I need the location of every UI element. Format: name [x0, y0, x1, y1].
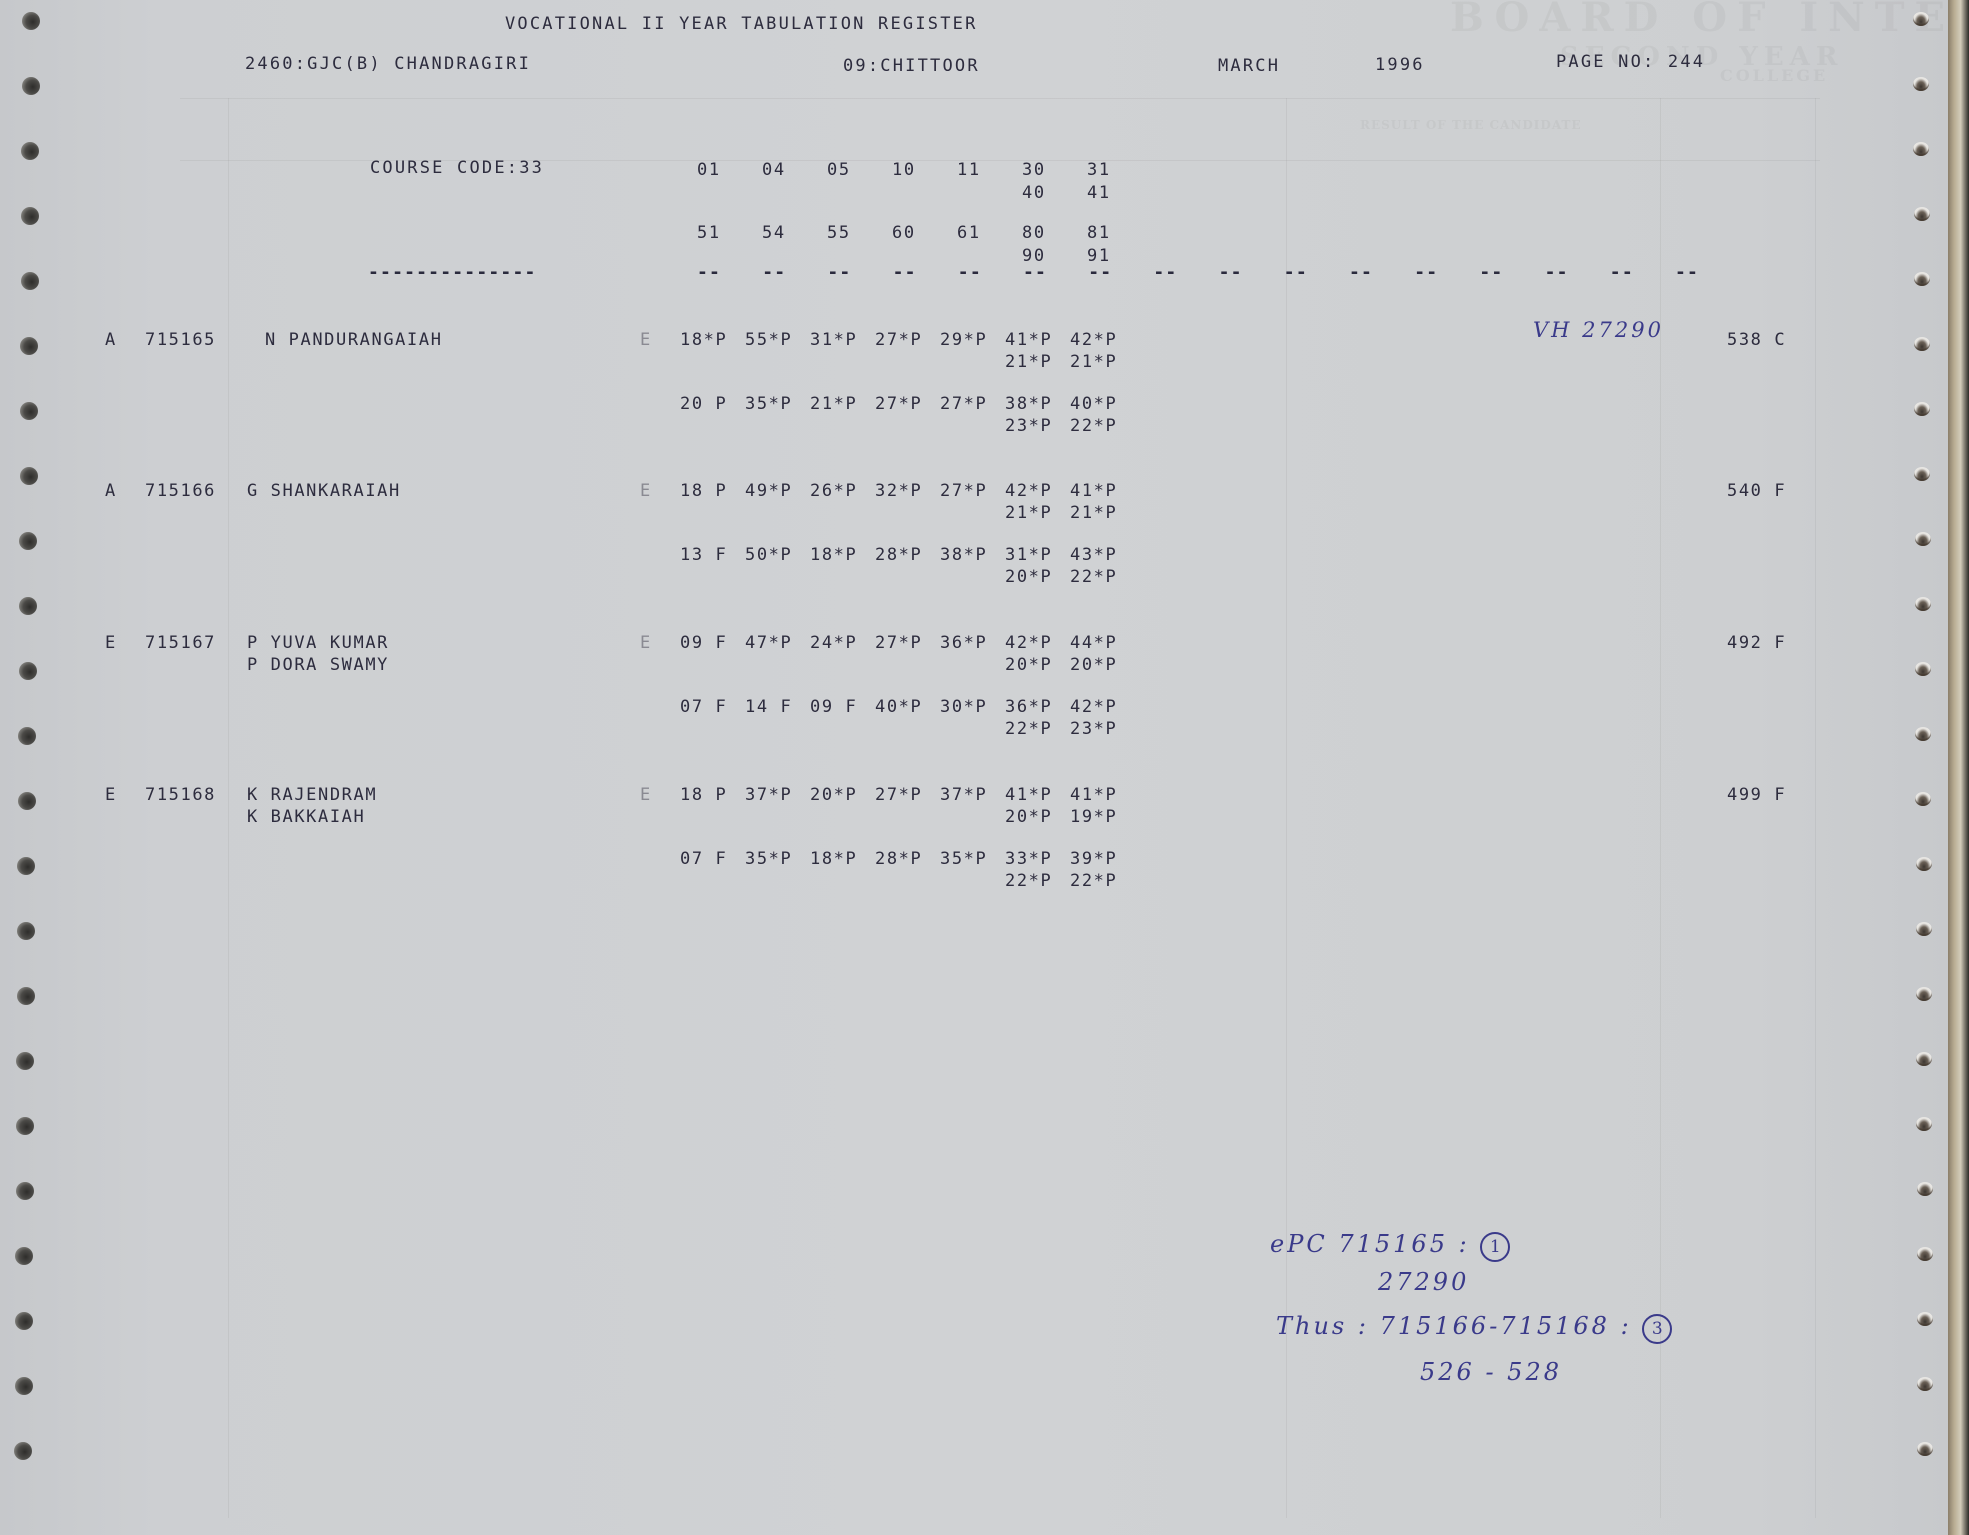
- subject-mark: 07 F: [680, 849, 727, 869]
- subject-mark: 21*P: [810, 394, 857, 414]
- preprint-rule: [1815, 98, 1816, 1518]
- candidate-category: A: [105, 481, 117, 501]
- subject-mark: 09 F: [810, 697, 857, 717]
- preprint-col-label: RESULT OF THE CANDIDATE: [1360, 118, 1582, 132]
- subject-code: 31: [1087, 160, 1111, 180]
- subject-code: 55: [827, 223, 851, 243]
- column-dash: --: [1479, 262, 1503, 283]
- note-text: ePC 715165: [1270, 1230, 1448, 1258]
- subject-code: 11: [957, 160, 981, 180]
- guardian-name: P DORA SWAMY: [247, 655, 389, 675]
- subject-mark: 42*P: [1005, 481, 1052, 501]
- subject-mark: 23*P: [1005, 416, 1052, 436]
- subject-mark: 21*P: [1070, 352, 1117, 372]
- preprint-heading: BOARD OF INTERMEDIATE: [1450, 0, 1969, 41]
- subject-code: 81: [1087, 223, 1111, 243]
- total-and-result: 540 F: [1727, 481, 1786, 501]
- subject-mark: 35*P: [940, 849, 987, 869]
- feed-hole-right: [1916, 922, 1932, 936]
- feed-hole-right: [1917, 1247, 1933, 1261]
- column-dash: --: [1153, 262, 1177, 283]
- preprint-rule: [180, 98, 1820, 99]
- subject-mark: 18*P: [810, 545, 857, 565]
- subject-mark: 26*P: [810, 481, 857, 501]
- subject-code: 05: [827, 160, 851, 180]
- subject-mark: 27*P: [875, 785, 922, 805]
- note-text: Thus : 715166-715168: [1276, 1312, 1610, 1340]
- subject-mark: 22*P: [1070, 567, 1117, 587]
- exam-year: 1996: [1375, 55, 1425, 75]
- feed-hole-right: [1914, 272, 1930, 286]
- preprint-rule: [228, 98, 229, 1518]
- subject-mark: 21*P: [1070, 503, 1117, 523]
- feed-hole-right: [1915, 532, 1931, 546]
- column-dash: --: [1610, 262, 1634, 283]
- subject-mark: 14 F: [745, 697, 792, 717]
- subject-mark: 35*P: [745, 849, 792, 869]
- subject-mark: 20*P: [1005, 807, 1052, 827]
- note-line-3: Thus : 715166-715168 : 3: [1276, 1312, 1672, 1344]
- column-dash: --: [827, 262, 851, 283]
- feed-hole-left: [15, 1312, 33, 1330]
- subject-mark: 13 F: [680, 545, 727, 565]
- page-number: PAGE NO: 244: [1556, 52, 1705, 72]
- subject-mark: 36*P: [940, 633, 987, 653]
- note-line-1: ePC 715165 : 1: [1270, 1230, 1510, 1262]
- hall-ticket-number: 715167: [145, 633, 216, 653]
- candidate-name: N PANDURANGAIAH: [265, 330, 443, 350]
- subject-mark: 09 F: [680, 633, 727, 653]
- feed-hole-left: [20, 467, 38, 485]
- subject-code: 51: [697, 223, 721, 243]
- feed-hole-left: [21, 207, 39, 225]
- subject-mark: 18*P: [680, 330, 727, 350]
- subject-mark: 47*P: [745, 633, 792, 653]
- subject-code: 41: [1087, 183, 1111, 203]
- feed-hole-left: [17, 987, 35, 1005]
- subject-code: 40: [1022, 183, 1046, 203]
- subject-mark: 22*P: [1070, 871, 1117, 891]
- subject-mark: 36*P: [1005, 697, 1052, 717]
- column-dash: --: [1284, 262, 1308, 283]
- subject-mark: 27*P: [940, 394, 987, 414]
- subject-mark: 22*P: [1070, 416, 1117, 436]
- column-dash: --: [1675, 262, 1699, 283]
- note-line-2: 27290: [1378, 1268, 1469, 1296]
- candidate-name: P YUVA KUMAR: [247, 633, 389, 653]
- subject-mark: 30*P: [940, 697, 987, 717]
- subject-mark: 41*P: [1005, 330, 1052, 350]
- subject-code: 54: [762, 223, 786, 243]
- subject-mark: 23*P: [1070, 719, 1117, 739]
- candidate-category: E: [105, 785, 117, 805]
- total-and-result: 492 F: [1727, 633, 1786, 653]
- subject-mark: 18 P: [680, 785, 727, 805]
- subject-mark: 50*P: [745, 545, 792, 565]
- subject-code: 04: [762, 160, 786, 180]
- subject-mark: 31*P: [810, 330, 857, 350]
- subject-code: 10: [892, 160, 916, 180]
- subject-mark: 22*P: [1005, 719, 1052, 739]
- feed-hole-right: [1917, 1182, 1933, 1196]
- column-dash: --: [958, 262, 982, 283]
- subject-mark: 19*P: [1070, 807, 1117, 827]
- note-count-circle: 1: [1480, 1232, 1510, 1262]
- paper-edge: [1948, 0, 1969, 1535]
- feed-hole-right: [1916, 987, 1932, 1001]
- candidate-category: A: [105, 330, 117, 350]
- hall-ticket-number: 715166: [145, 481, 216, 501]
- feed-hole-right: [1914, 207, 1930, 221]
- subject-mark: 24*P: [810, 633, 857, 653]
- subject-mark: 37*P: [940, 785, 987, 805]
- exam-flag: E: [640, 481, 652, 501]
- subject-mark: 42*P: [1005, 633, 1052, 653]
- register-title: VOCATIONAL II YEAR TABULATION REGISTER: [505, 14, 978, 34]
- district-name: 09:CHITTOOR: [843, 56, 980, 76]
- subject-mark: 41*P: [1005, 785, 1052, 805]
- subject-mark: 28*P: [875, 545, 922, 565]
- feed-hole-right: [1917, 1312, 1933, 1326]
- subject-code: 01: [697, 160, 721, 180]
- total-and-result: 499 F: [1727, 785, 1786, 805]
- tabulation-sheet: BOARD OF INTERMEDIATE SECOND YEAR COLLEG…: [0, 0, 1948, 1535]
- subject-mark: 35*P: [745, 394, 792, 414]
- subject-mark: 33*P: [1005, 849, 1052, 869]
- college-name: 2460:GJC(B) CHANDRAGIRI: [245, 54, 531, 74]
- subject-mark: 20*P: [1070, 655, 1117, 675]
- subject-code: 30: [1022, 160, 1046, 180]
- exam-month: MARCH: [1218, 56, 1280, 76]
- feed-hole-left: [19, 597, 37, 615]
- column-dash: --: [893, 262, 917, 283]
- subject-mark: 27*P: [875, 633, 922, 653]
- subject-mark: 41*P: [1070, 785, 1117, 805]
- exam-flag: E: [640, 785, 652, 805]
- hall-ticket-number: 715165: [145, 330, 216, 350]
- feed-hole-right: [1915, 597, 1931, 611]
- subject-mark: 40*P: [875, 697, 922, 717]
- subject-mark: 20 P: [680, 394, 727, 414]
- total-and-result: 538 C: [1727, 330, 1786, 350]
- candidate-category: E: [105, 633, 117, 653]
- feed-hole-left: [18, 792, 36, 810]
- feed-hole-left: [19, 662, 37, 680]
- column-dash: --: [1349, 262, 1373, 283]
- subject-mark: 18 P: [680, 481, 727, 501]
- feed-hole-right: [1913, 12, 1929, 26]
- column-dash: --: [1088, 262, 1112, 283]
- feed-hole-left: [22, 12, 40, 30]
- preprint-rule: [1286, 98, 1287, 1518]
- candidate-name: K RAJENDRAM: [247, 785, 377, 805]
- subject-code: 60: [892, 223, 916, 243]
- feed-hole-left: [22, 77, 40, 95]
- column-dash: --: [697, 262, 721, 283]
- subject-mark: 20*P: [1005, 567, 1052, 587]
- note-line-4: 526 - 528: [1420, 1358, 1562, 1386]
- subject-mark: 27*P: [875, 394, 922, 414]
- guardian-name: K BAKKAIAH: [247, 807, 365, 827]
- subject-code: 80: [1022, 223, 1046, 243]
- subject-mark: 39*P: [1070, 849, 1117, 869]
- note-count-circle: 3: [1642, 1314, 1672, 1344]
- feed-hole-left: [16, 1117, 34, 1135]
- preprint-rule: [1660, 98, 1661, 1518]
- subject-mark: 38*P: [1005, 394, 1052, 414]
- subject-mark: 55*P: [745, 330, 792, 350]
- candidate-name: G SHANKARAIAH: [247, 481, 401, 501]
- subject-mark: 22*P: [1005, 871, 1052, 891]
- feed-hole-right: [1915, 662, 1931, 676]
- subject-mark: 49*P: [745, 481, 792, 501]
- subject-mark: 18*P: [810, 849, 857, 869]
- subject-mark: 40*P: [1070, 394, 1117, 414]
- feed-hole-right: [1914, 337, 1930, 351]
- column-dash: --: [1219, 262, 1243, 283]
- subject-code: 61: [957, 223, 981, 243]
- subject-mark: 42*P: [1070, 697, 1117, 717]
- subject-mark: 43*P: [1070, 545, 1117, 565]
- subject-mark: 42*P: [1070, 330, 1117, 350]
- subject-mark: 32*P: [875, 481, 922, 501]
- subject-mark: 20*P: [810, 785, 857, 805]
- subject-mark: 41*P: [1070, 481, 1117, 501]
- handwritten-annotation: VH 27290: [1533, 318, 1664, 342]
- subject-mark: 27*P: [940, 481, 987, 501]
- subject-mark: 21*P: [1005, 503, 1052, 523]
- subject-mark: 20*P: [1005, 655, 1052, 675]
- feed-hole-left: [21, 272, 39, 290]
- preprint-college-label: COLLEGE: [1720, 66, 1828, 85]
- subject-mark: 21*P: [1005, 352, 1052, 372]
- subject-mark: 07 F: [680, 697, 727, 717]
- subject-mark: 38*P: [940, 545, 987, 565]
- exam-flag: E: [640, 633, 652, 653]
- feed-hole-left: [15, 1377, 33, 1395]
- feed-hole-left: [20, 402, 38, 420]
- subject-mark: 31*P: [1005, 545, 1052, 565]
- course-code: COURSE CODE:33: [370, 158, 544, 178]
- exam-flag: E: [640, 330, 652, 350]
- column-dash: --: [1023, 262, 1047, 283]
- course-underline: --------------: [368, 262, 537, 283]
- subject-mark: 28*P: [875, 849, 922, 869]
- column-dash: --: [1545, 262, 1569, 283]
- feed-hole-left: [17, 922, 35, 940]
- subject-mark: 44*P: [1070, 633, 1117, 653]
- feed-hole-left: [16, 1182, 34, 1200]
- subject-mark: 29*P: [940, 330, 987, 350]
- hall-ticket-number: 715168: [145, 785, 216, 805]
- subject-mark: 37*P: [745, 785, 792, 805]
- column-dash: --: [1414, 262, 1438, 283]
- column-dash: --: [762, 262, 786, 283]
- subject-mark: 27*P: [875, 330, 922, 350]
- feed-hole-right: [1916, 857, 1932, 871]
